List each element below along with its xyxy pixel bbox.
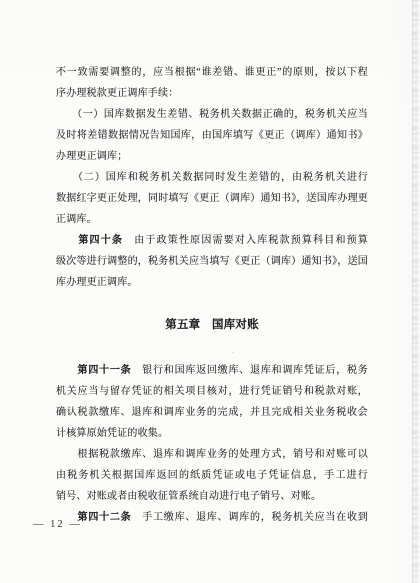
document-page: 不一致需要调整的，应当根据“谁差错、谁更正”的原则，按以下程序办理税款更正调库手… xyxy=(0,0,420,583)
text-run: 数据红字更正处理，同时填写《更正（调库）通知书》，送国库办理更 xyxy=(56,193,368,204)
text-line: 销号、对账或者由税收征管系统自动进行电子销号、对账。 xyxy=(56,486,368,507)
text-run: 确认税款缴库、退库和调库业务的完成，并且完成相关业务税收会 xyxy=(56,407,368,418)
text-run: （一）国库数据发生差错、税务机关数据正确的，税务机关应当 xyxy=(56,109,368,120)
text-line: 数据红字更正处理，同时填写《更正（调库）通知书》，送国库办理更 xyxy=(56,188,368,209)
text-run: 及时将差错数据情况告知国库，由国库填写《更正（调库）通知书》 xyxy=(56,130,368,141)
text-line: 第四十二条 手工缴库、退库、调库的，税务机关应当在收到 xyxy=(56,507,368,528)
text-run: 银行和国库返回缴库、退库和调库凭证后，税务 xyxy=(131,365,368,376)
text-run: 机关应当与留存凭证的相关项目核对，进行凭证销号和税款对账， xyxy=(56,386,368,397)
text-block: 不一致需要调整的，应当根据“谁差错、谁更正”的原则，按以下程序办理税款更正调库手… xyxy=(56,62,368,528)
text-line: 及时将差错数据情况告知国库，由国库填写《更正（调库）通知书》 xyxy=(56,125,368,146)
page-number: — 12 — xyxy=(33,519,82,530)
scan-edge-artifact xyxy=(412,0,418,583)
text-line: 第四十条 由于政策性原因需要对入库税款预算科目和预算 xyxy=(56,230,368,251)
text-run: 计核算原始凭证的收集。 xyxy=(56,428,168,439)
scan-noise-speck xyxy=(305,448,306,449)
text-run: 由税务机关根据国库返回的纸质凭证或电子凭证信息，手工进行 xyxy=(56,470,368,481)
text-run: 根据税款缴库、退库和调库业务的处理方式，销号和对账可以 xyxy=(56,449,368,460)
scan-noise-speck xyxy=(268,142,270,144)
text-line: 正调库。 xyxy=(56,209,368,230)
text-run: 不一致需要调整的，应当根据“谁差错、谁更正”的原则，按以下程 xyxy=(56,67,368,78)
text-line: 第四十一条 银行和国库返回缴库、退库和调库凭证后，税务 xyxy=(56,360,368,381)
scan-noise-speck xyxy=(232,352,234,353)
chapter-heading: 第五章 国库对账 xyxy=(56,314,368,336)
text-line: 办理更正调库； xyxy=(56,146,368,167)
text-run: 序办理税款更正调库手续： xyxy=(56,88,178,99)
text-run: 正调库。 xyxy=(56,214,97,225)
text-line: （二）国库和税务机关数据同时发生差错的，由税务机关进行 xyxy=(56,167,368,188)
article-number: 第四十条 xyxy=(56,235,123,246)
text-run: 库办理更正调库。 xyxy=(56,277,138,288)
text-line: 不一致需要调整的，应当根据“谁差错、谁更正”的原则，按以下程 xyxy=(56,62,368,83)
chapter-heading-text: 第五章 国库对账 xyxy=(165,319,259,331)
text-run: 销号、对账或者由税收征管系统自动进行电子销号、对账。 xyxy=(56,491,321,502)
text-line: 根据税款缴库、退库和调库业务的处理方式，销号和对账可以 xyxy=(56,444,368,465)
text-line: 序办理税款更正调库手续： xyxy=(56,83,368,104)
article-number: 第四十一条 xyxy=(56,365,131,376)
text-run: 由于政策性原因需要对入库税款预算科目和预算 xyxy=(123,235,368,246)
text-line: 机关应当与留存凭证的相关项目核对，进行凭证销号和税款对账， xyxy=(56,381,368,402)
text-line: 由税务机关根据国库返回的纸质凭证或电子凭证信息，手工进行 xyxy=(56,465,368,486)
text-line: 确认税款缴库、退库和调库业务的完成，并且完成相关业务税收会 xyxy=(56,402,368,423)
text-line: 计核算原始凭证的收集。 xyxy=(56,423,368,444)
text-run: 手工缴库、退库、调库的，税务机关应当在收到 xyxy=(131,512,368,523)
text-run: （二）国库和税务机关数据同时发生差错的，由税务机关进行 xyxy=(56,172,368,183)
text-line: 级次等进行调整的，税务机关应当填写《更正（调库）通知书》，送国 xyxy=(56,251,368,272)
text-line: （一）国库数据发生差错、税务机关数据正确的，税务机关应当 xyxy=(56,104,368,125)
text-run: 办理更正调库； xyxy=(56,151,127,162)
text-line: 库办理更正调库。 xyxy=(56,272,368,293)
text-run: 级次等进行调整的，税务机关应当填写《更正（调库）通知书》，送国 xyxy=(56,256,368,267)
